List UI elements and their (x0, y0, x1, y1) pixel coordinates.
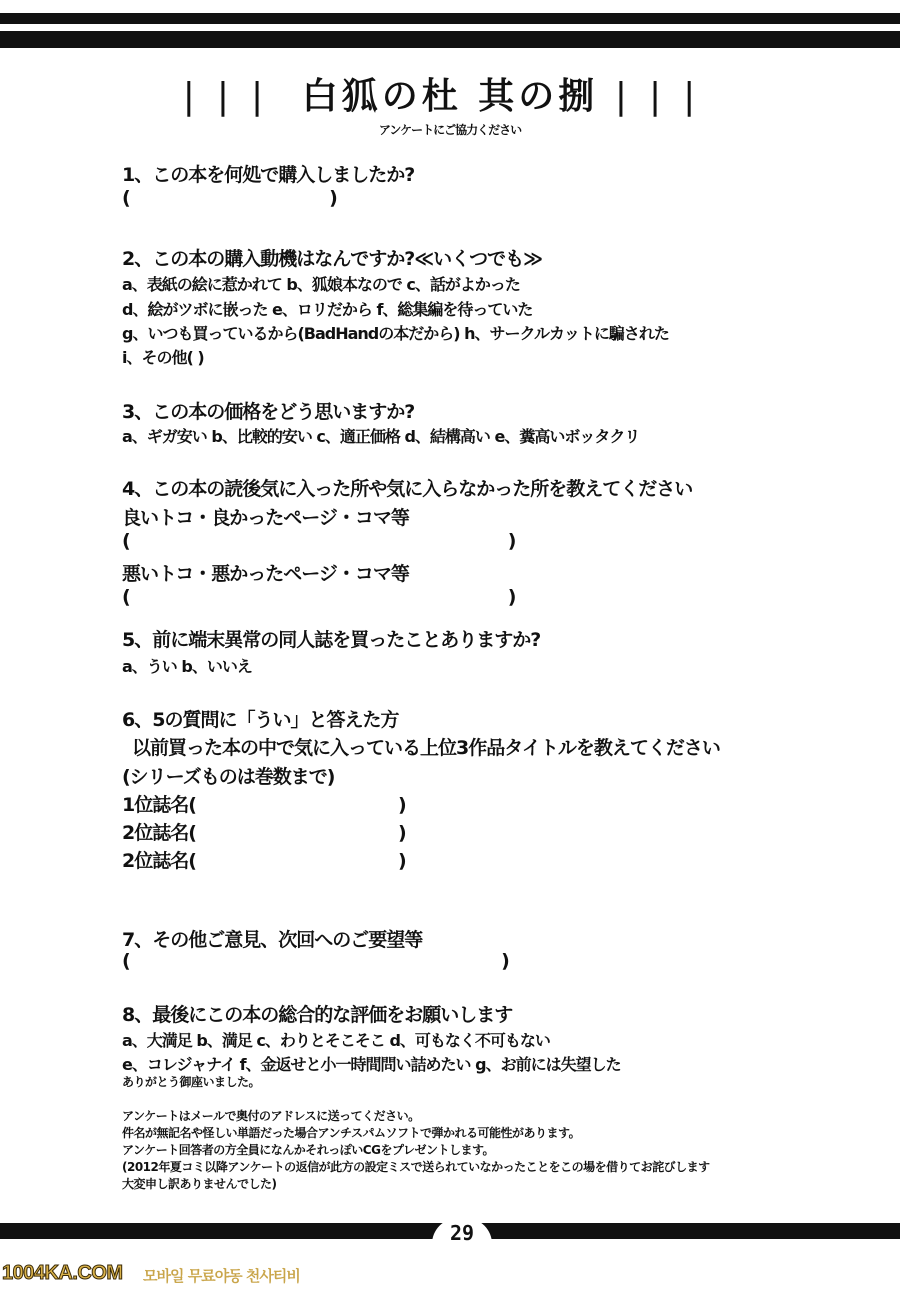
page-number: 29 (432, 1218, 492, 1244)
q5-options[interactable]: a、うい b、いいえ (122, 654, 252, 677)
note-line-2: 件名が無記名や怪しい単語だった場合アンチスパムソフトで弾かれる可能性があります。 (122, 1124, 580, 1141)
title-text: 白狐の杜 其の捌 (302, 75, 599, 117)
q4-bad-blank[interactable]: ( ) (122, 586, 516, 608)
q3-title: 3、この本の価格をどう思いますか? (122, 397, 414, 424)
q2-options-line-1[interactable]: a、表紙の絵に惹かれて b、狐娘本なので c、話がよかった (122, 272, 520, 295)
note-line-5: 大変申し訳ありませんでした) (122, 1175, 277, 1192)
q7-blank[interactable]: ( ) (122, 950, 510, 972)
q6-rank-2[interactable]: 2位誌名( ) (122, 818, 406, 845)
watermark-text: 모바일 무료야동 천사티비 (143, 1265, 300, 1286)
q8-title: 8、最後にこの本の総合的な評価をお願いします (122, 1000, 512, 1027)
title-pipes-right: ||| (615, 76, 717, 117)
q6-instruction: 以前買った本の中で気に入っている上位3作品タイトルを教えてください (132, 733, 720, 760)
q6-rank-3[interactable]: 2位誌名( ) (122, 846, 406, 873)
q1-answer-blank[interactable]: ( ) (122, 187, 338, 209)
top-rule-thin (0, 13, 900, 24)
subtitle: アンケートにご協力ください (0, 121, 900, 138)
q2-options-line-4[interactable]: i、その他( ) (122, 345, 204, 368)
note-line-3: アンケート回答者の方全員になんかそれっぽいCGをプレゼントします。 (122, 1141, 494, 1158)
q2-options-line-3[interactable]: g、いつも買っているから(BadHandの本だから) h、サークルカットに騙され… (122, 321, 669, 344)
top-rule-thick (0, 31, 900, 48)
q6-note: (シリーズものは巻数まで) (122, 762, 334, 789)
q4-title: 4、この本の読後気に入った所や気に入らなかった所を教えてください (122, 474, 692, 501)
q3-options[interactable]: a、ギガ安い b、比較的安い c、適正価格 d、結構高い e、糞高いボッタクリ (122, 424, 639, 447)
q2-options-line-2[interactable]: d、絵がツボに嵌った e、ロリだから f、総集編を待っていた (122, 297, 532, 320)
q4-good-blank[interactable]: ( ) (122, 530, 516, 552)
thanks-text: ありがとう御座いました。 (122, 1073, 260, 1090)
q6-rank-1[interactable]: 1位誌名( ) (122, 790, 406, 817)
q8-options-line-2[interactable]: e、コレジャナイ f、金返せと小一時間問い詰めたい g、お前には失望した (122, 1052, 621, 1075)
q7-title: 7、その他ご意見、次回へのご要望等 (122, 925, 422, 952)
watermark-site: 1004KA.COM (2, 1262, 123, 1285)
q2-title: 2、この本の購入動機はなんですか?≪いくつでも≫ (122, 244, 542, 271)
q1-title: 1、この本を何処で購入しましたか? (122, 160, 414, 187)
q5-title: 5、前に端末異常の同人誌を買ったことありますか? (122, 625, 540, 652)
q6-title: 6、5の質問に「うい」と答えた方 (122, 705, 398, 732)
q8-options-line-1[interactable]: a、大満足 b、満足 c、わりとそこそこ d、可もなく不可もない (122, 1028, 550, 1051)
note-line-4: (2012年夏コミ以降アンケートの返信が此方の設定ミスで送られていなかったことを… (122, 1158, 710, 1175)
page-title: ||| 白狐の杜 其の捌 ||| (0, 68, 900, 119)
q4-good-label: 良いトコ・良かったページ・コマ等 (122, 503, 409, 530)
q4-bad-label: 悪いトコ・悪かったページ・コマ等 (122, 559, 409, 586)
title-pipes-left: ||| (183, 76, 285, 117)
note-line-1: アンケートはメールで奥付のアドレスに送ってください。 (122, 1107, 420, 1124)
